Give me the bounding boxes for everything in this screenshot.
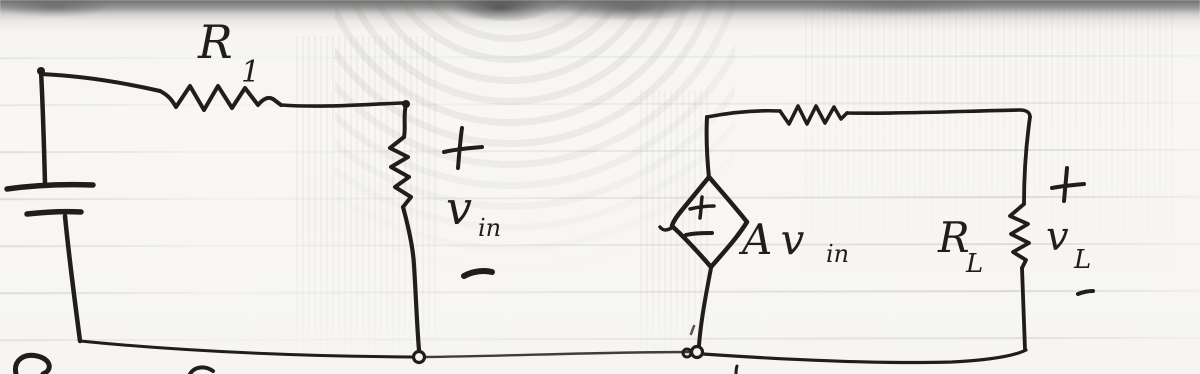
series-output-resistor-icon [707,106,1030,124]
battery-short-plate [27,212,81,214]
circuit-sketch: R 1 v in Av in R L v L [0,0,1200,374]
plus-sign [444,128,482,168]
vin-base-text: v [446,181,472,235]
cutoff-handwriting-strokes [15,326,737,374]
dependent-source-icon [660,117,747,358]
terminal-circle [414,352,425,363]
label-vl: v L [1046,168,1093,294]
load-resistor-icon [1010,117,1030,350]
vl-sub-text: L [1073,245,1091,275]
battery-long-plate [7,185,93,189]
vin-sub-text: in [478,214,501,242]
label-rl: R L [937,213,983,279]
terminal-circle [692,347,703,358]
label-dependent-source: Av in [738,215,849,268]
plus-sign [1052,168,1084,201]
notebook-page: R 1 v in Av in R L v L [0,0,1200,374]
bottom-wire [80,341,1026,363]
minus-sign [686,233,712,235]
resistor-r1-icon [41,74,403,110]
rl-sub-text: L [965,249,983,279]
avin-base-text: Av [738,215,814,264]
battery-icon [7,67,93,341]
minus-sign [1078,291,1093,294]
minus-sign [464,271,492,276]
rl-base-text: R [937,213,970,262]
input-resistor-icon [390,100,425,363]
label-vin: v in [444,128,501,276]
plus-sign [690,197,714,218]
avin-sub-text: in [826,240,849,268]
vl-base-text: v [1046,214,1069,260]
r1-sub-text: 1 [241,55,260,90]
label-r1: R 1 [197,15,260,90]
r1-base-text: R [197,15,233,69]
